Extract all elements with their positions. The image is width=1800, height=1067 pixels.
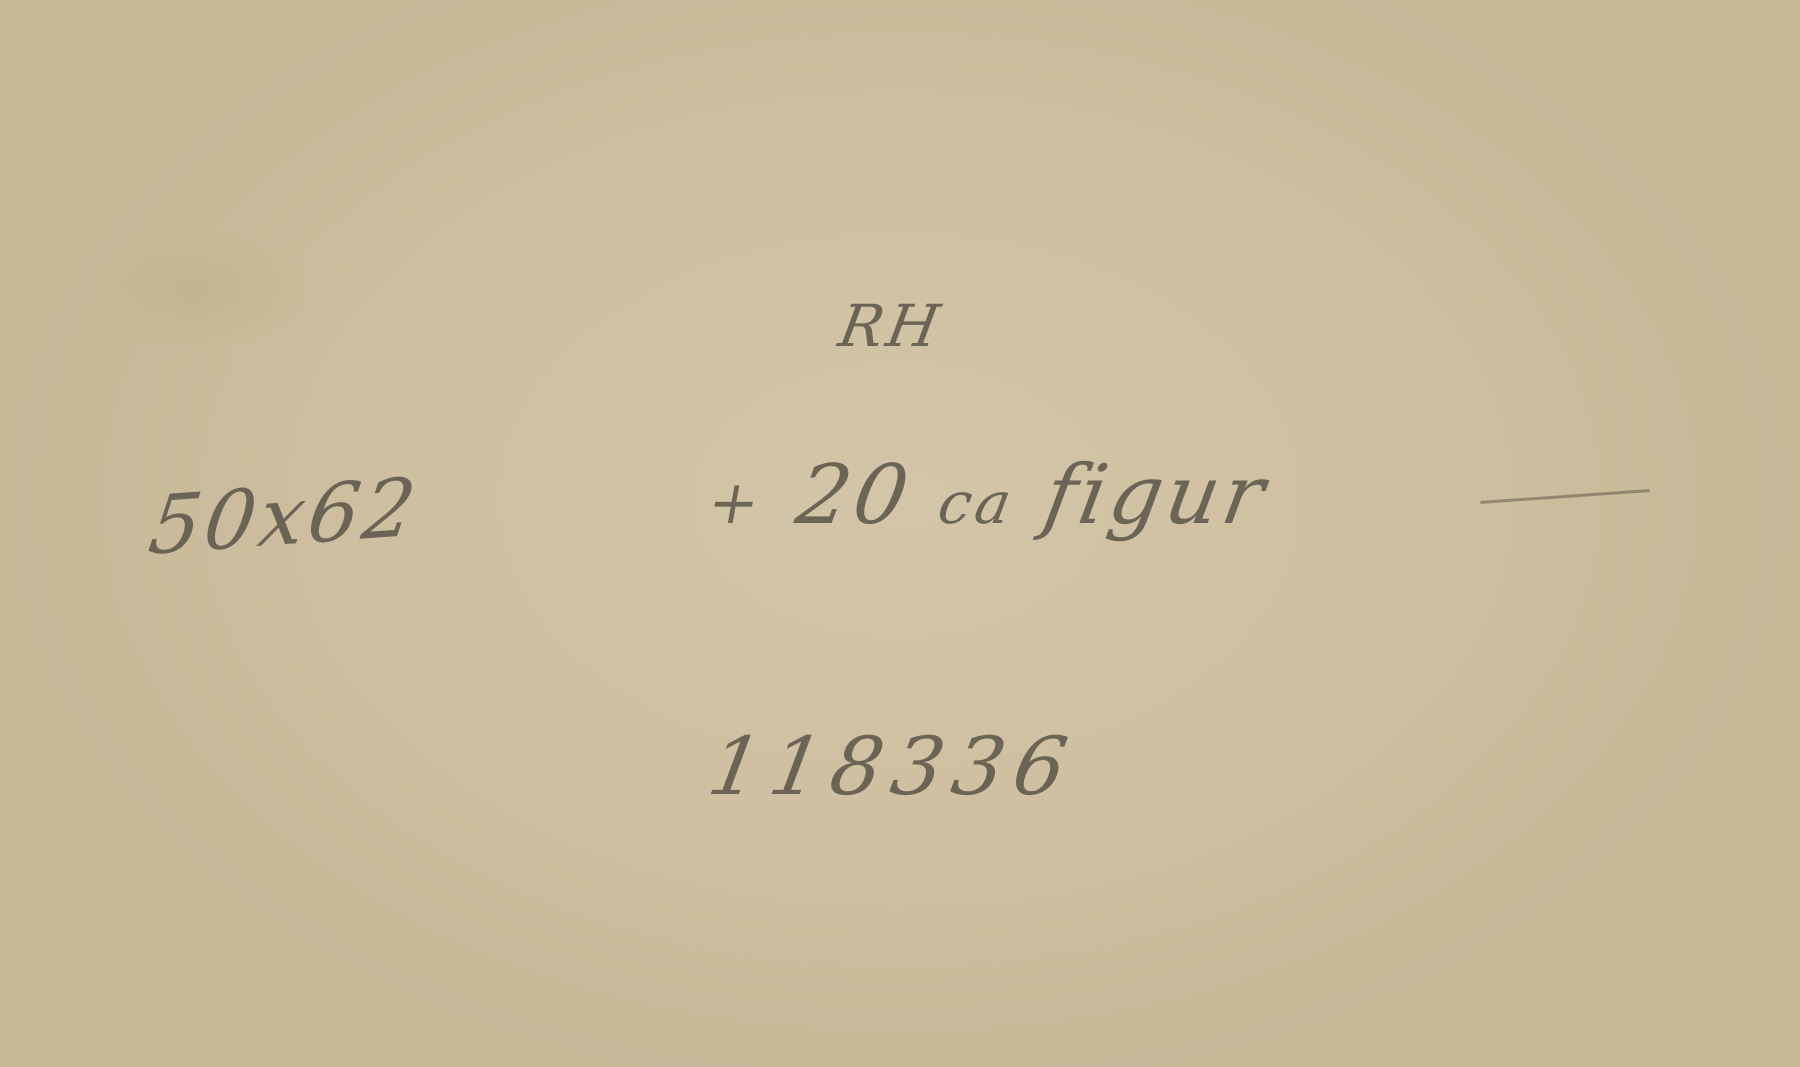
circa-abbreviation: ca	[933, 469, 1020, 537]
addition-inscription: +20cafigur	[702, 448, 1276, 543]
inventory-number: 118336	[702, 720, 1084, 813]
addition-value: 20	[790, 448, 919, 543]
paper-sheet: RH 50x62 +20cafigur 118336	[0, 0, 1800, 1067]
pencil-flourish-line	[1480, 489, 1650, 504]
addition-word: figur	[1037, 448, 1275, 543]
initials-inscription: RH	[834, 292, 948, 360]
dimensions-inscription: 50x62	[144, 460, 425, 573]
plus-sign: +	[703, 468, 770, 538]
